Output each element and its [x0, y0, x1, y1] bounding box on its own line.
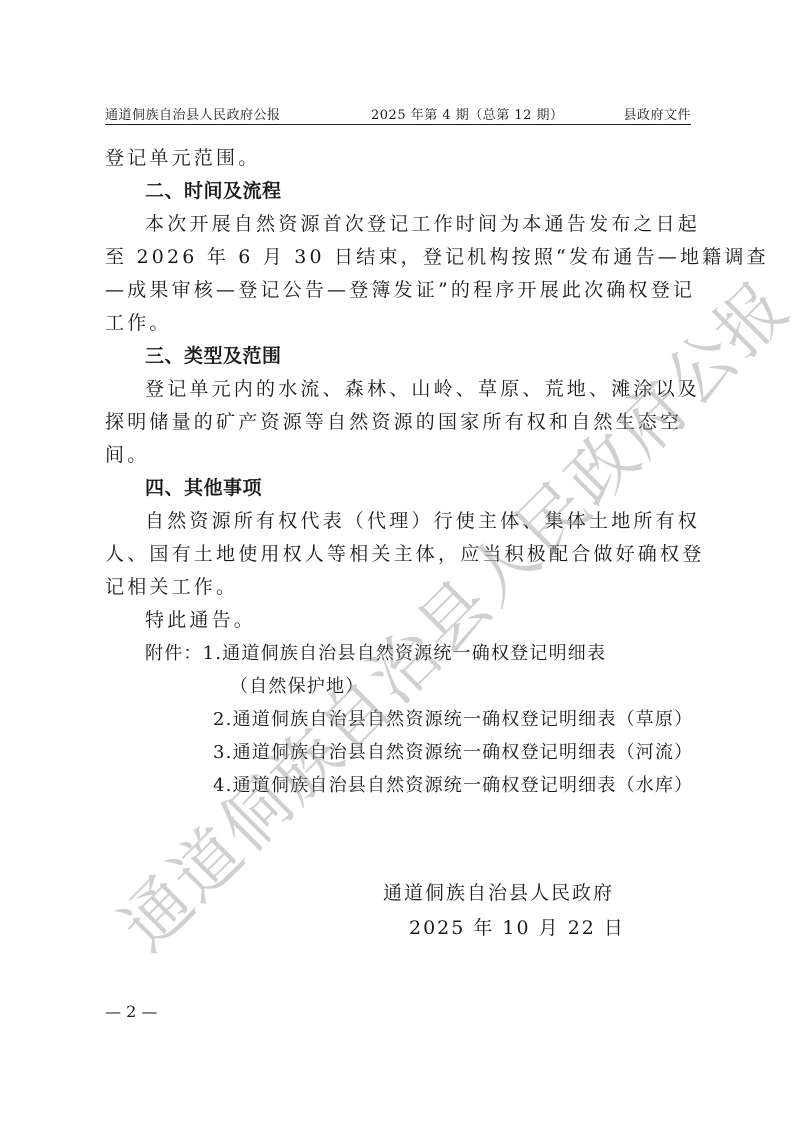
- issue-date: 2025 年 10 月 22 日: [383, 911, 625, 946]
- running-header: 通道侗族自治县人民政府公报 2025 年第 4 期（总第 12 期） 县政府文件: [105, 104, 691, 124]
- issuer-name: 通道侗族自治县人民政府: [383, 876, 625, 911]
- paragraph-line: 自然资源所有权代表（代理）行使主体、集体土地所有权: [105, 505, 695, 538]
- closing-statement: 特此通告。: [105, 604, 695, 637]
- section-heading-other-matters: 四、其他事项: [105, 472, 695, 505]
- section-heading-type-scope: 三、类型及范围: [105, 340, 695, 373]
- attachment-label: 附件：: [145, 643, 203, 664]
- attachment-item-1-continued: （自然保护地）: [105, 670, 695, 703]
- header-divider: [105, 124, 691, 125]
- signature-block: 通道侗族自治县人民政府 2025 年 10 月 22 日: [383, 876, 625, 946]
- issue-number: 2025 年第 4 期（总第 12 期）: [371, 104, 564, 123]
- paragraph-line: 登记单元范围。: [105, 142, 695, 175]
- section-heading-time-process: 二、时间及流程: [105, 175, 695, 208]
- paragraph-line: 至 2026 年 6 月 30 日结束，登记机构按照“发布通告—地籍调查: [105, 241, 695, 274]
- attachment-item-4: 4.通道侗族自治县自然资源统一确权登记明细表（水库）: [105, 769, 695, 802]
- paragraph-line: —成果审核—登记公告—登簿发证”的程序开展此次确权登记: [105, 274, 695, 307]
- document-body: 登记单元范围。 二、时间及流程 本次开展自然资源首次登记工作时间为本通告发布之日…: [105, 142, 695, 802]
- attachment-item-3: 3.通道侗族自治县自然资源统一确权登记明细表（河流）: [105, 736, 695, 769]
- paragraph-line: 本次开展自然资源首次登记工作时间为本通告发布之日起: [105, 208, 695, 241]
- paragraph-line: 间。: [105, 439, 695, 472]
- publication-title: 通道侗族自治县人民政府公报: [105, 104, 281, 123]
- paragraph-line: 探明储量的矿产资源等自然资源的国家所有权和自然生态空: [105, 406, 695, 439]
- paragraph-line: 记相关工作。: [105, 571, 695, 604]
- attachment-item-1: 1.通道侗族自治县自然资源统一确权登记明细表: [203, 643, 607, 664]
- paragraph-line: 工作。: [105, 307, 695, 340]
- section-label: 县政府文件: [623, 104, 691, 123]
- paragraph-line: 登记单元内的水流、森林、山岭、草原、荒地、滩涂以及: [105, 373, 695, 406]
- paragraph-line: 人、国有土地使用权人等相关主体，应当积极配合做好确权登: [105, 538, 695, 571]
- attachment-item-2: 2.通道侗族自治县自然资源统一确权登记明细表（草原）: [105, 703, 695, 736]
- attachment-list: 附件：1.通道侗族自治县自然资源统一确权登记明细表: [105, 637, 695, 670]
- page-number: — 2 —: [105, 1002, 157, 1021]
